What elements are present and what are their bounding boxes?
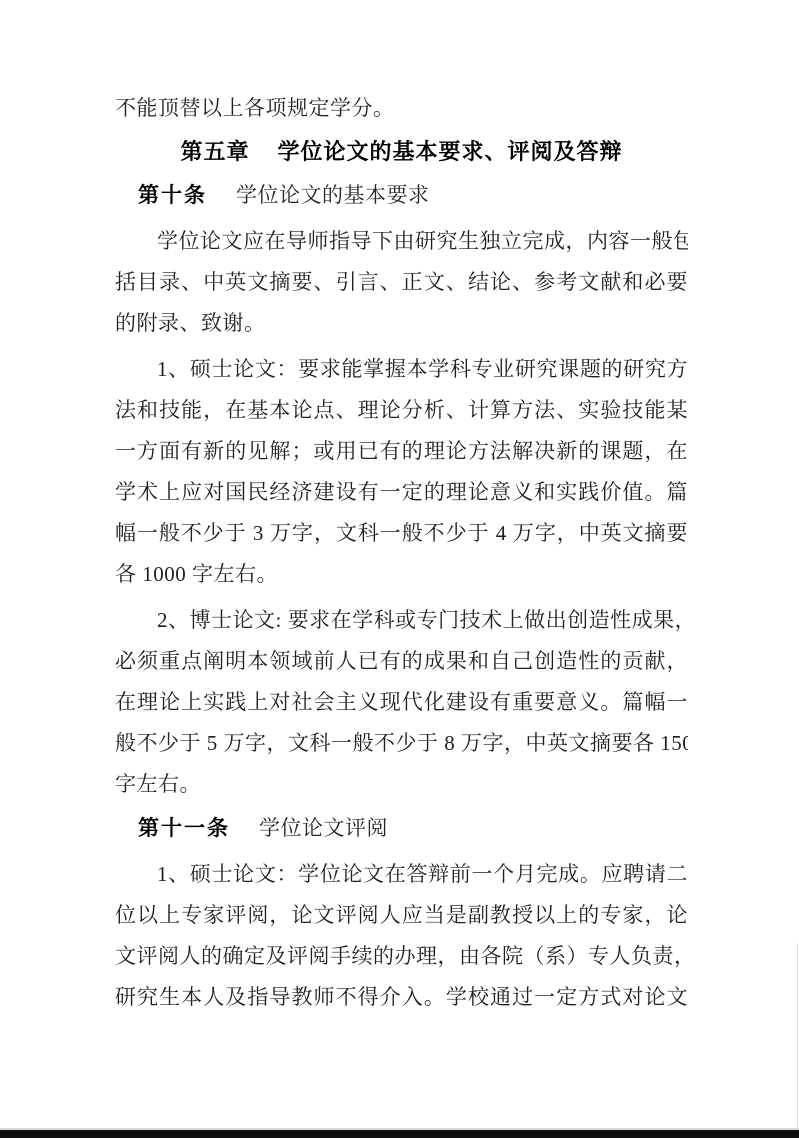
paragraph-general-requirements: 学位论文应在导师指导下由研究生独立完成，内容一般包 括目录、中英文摘要、引言、正… [115, 221, 688, 344]
scan-bottom-edge [0, 1130, 799, 1138]
text-line: 1、硕士论文：要求能掌握本学科专业研究课题的研究方 [115, 349, 688, 390]
article-11-heading: 第十一条学位论文评阅 [115, 808, 688, 849]
text-line: 各 1000 字左右。 [115, 554, 688, 595]
text-line: 幅一般不少于 3 万字，文科一般不少于 4 万字，中英文摘要 [115, 513, 688, 554]
text-line: 研究生本人及指导教师不得介入。学校通过一定方式对论文 [115, 977, 688, 1018]
article-11-number: 第十一条 [138, 816, 230, 840]
text-line: 一方面有新的见解；或用已有的理论方法解决新的课题，在 [115, 431, 688, 472]
text-line: 般不少于 5 万字，文科一般不少于 8 万字，中英文摘要各 1500 [115, 723, 688, 764]
article-10-heading: 第十条学位论文的基本要求 [115, 175, 688, 216]
article-11-title: 学位论文评阅 [259, 816, 388, 840]
paragraph-continuation: 不能顶替以上各项规定学分。 [115, 88, 688, 129]
text-line: 字左右。 [115, 764, 688, 805]
text-line: 学位论文应在导师指导下由研究生独立完成，内容一般包 [115, 221, 688, 262]
text-line: 1、硕士论文：学位论文在答辩前一个月完成。应聘请二 [115, 854, 688, 895]
text-line: 学术上应对国民经济建设有一定的理论意义和实践价值。篇 [115, 472, 688, 513]
chapter-number: 第五章 [180, 139, 249, 164]
paragraph-thesis-review: 1、硕士论文：学位论文在答辩前一个月完成。应聘请二 位以上专家评阅，论文评阅人应… [115, 854, 688, 1018]
article-10-number: 第十条 [138, 183, 207, 207]
chapter-heading: 第五章学位论文的基本要求、评阅及答辩 [115, 131, 688, 172]
text-line: 的附录、致谢。 [115, 303, 688, 344]
text-line: 必须重点阐明本领域前人已有的成果和自己创造性的贡献， [115, 641, 688, 682]
document-content: 不能顶替以上各项规定学分。 第五章学位论文的基本要求、评阅及答辩 第十条学位论文… [115, 88, 688, 1018]
document-page: 不能顶替以上各项规定学分。 第五章学位论文的基本要求、评阅及答辩 第十条学位论文… [0, 0, 799, 1138]
text-line: 法和技能，在基本论点、理论分析、计算方法、实验技能某 [115, 390, 688, 431]
text-line: 文评阅人的确定及评阅手续的办理，由各院（系）专人负责， [115, 936, 688, 977]
paragraph-master-thesis: 1、硕士论文：要求能掌握本学科专业研究课题的研究方 法和技能，在基本论点、理论分… [115, 349, 688, 595]
text-line: 2、博士论文: 要求在学科或专门技术上做出创造性成果， [115, 600, 688, 641]
paragraph-doctor-thesis: 2、博士论文: 要求在学科或专门技术上做出创造性成果， 必须重点阐明本领域前人已… [115, 600, 688, 805]
scan-edge-right [797, 943, 798, 1128]
chapter-title: 学位论文的基本要求、评阅及答辩 [278, 139, 623, 164]
article-10-title: 学位论文的基本要求 [236, 183, 430, 207]
text-line: 位以上专家评阅，论文评阅人应当是副教授以上的专家，论 [115, 895, 688, 936]
text-line: 括目录、中英文摘要、引言、正文、结论、参考文献和必要 [115, 262, 688, 303]
text-line: 在理论上实践上对社会主义现代化建设有重要意义。篇幅一 [115, 682, 688, 723]
